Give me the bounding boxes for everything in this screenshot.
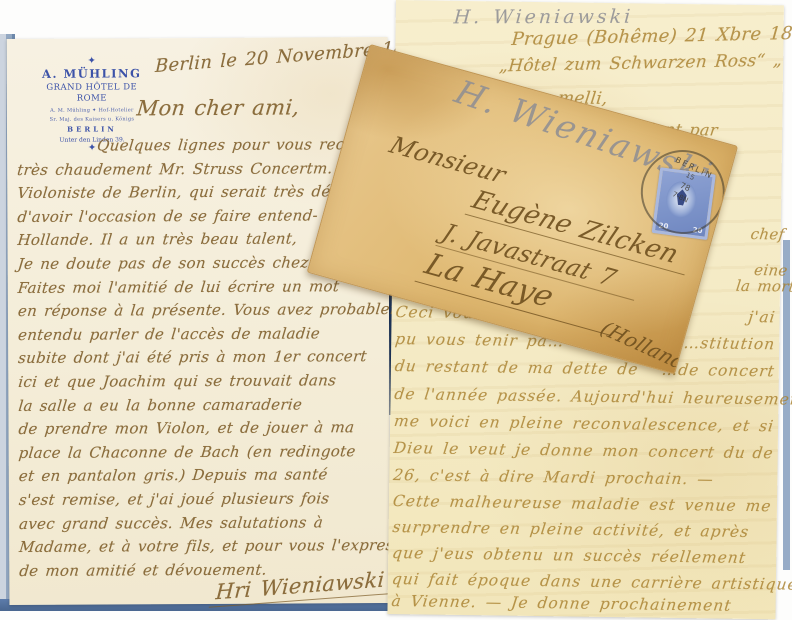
letterhead-proprietor: A. MÜHLING <box>31 66 153 81</box>
letterhead-small-print-1: A. M. Mühling ✦ Hof-Hotelier <box>31 107 153 114</box>
letter-line-left: à Vienne. — Je donne prochainement <box>391 592 733 615</box>
letter-line-left: que j'eus obtenu un succès réellement <box>391 544 747 567</box>
letter-line-left: du restant de ma dette de <box>394 357 640 378</box>
letter-fragment: chef <box>750 225 786 243</box>
letter-fragment: la mort <box>735 277 792 296</box>
letter-line-left: de l'année passée. Aujourd'hui heureusem… <box>393 385 792 409</box>
letter-line: 26, c'est à dire Mardi prochain. — <box>392 466 774 489</box>
letter-line: de l'année passée. Aujourd'hui heureusem… <box>393 385 775 408</box>
letter-line: Madame, et à votre fils, et pour vous l'… <box>18 534 388 560</box>
letter-line: Dieu le veut je donne mon concert du de <box>393 439 775 462</box>
letter-hotel-line: „Hôtel zum Schwarzen Ross“ „ <box>498 50 783 76</box>
photo-of-wieniawski-letters: ✦ A. MÜHLING GRAND HÔTEL DE ROME A. M. M… <box>0 0 792 620</box>
letter-salutation: Mon cher ami, <box>136 95 301 120</box>
letter-line: place la Chaconne de Bach (en redingote <box>18 440 388 466</box>
letter-line: de prendre mon Violon, et de jouer à ma <box>17 416 387 442</box>
letter-line: s'est remise, et j'ai joué plusieurs foi… <box>18 487 388 513</box>
letter-line: du restant de ma dette de …de concert <box>394 357 776 380</box>
letter-line-left: Dieu le veut je donne mon concert du <box>393 439 747 462</box>
letter-line-right: …stitution <box>683 334 776 353</box>
letter-line-right <box>772 471 774 489</box>
letter-line: que j'eus obtenu un succès réellement <box>391 544 773 567</box>
letter-line: subite dont j'ai été pris à mon 1er conc… <box>17 345 387 371</box>
letter-line-left: qui fait époque dans une carrière artist… <box>391 570 792 594</box>
letter-line-right <box>771 549 773 567</box>
letter-line-left: surprendre en pleine activité, et après <box>392 518 751 541</box>
letter-line: surprendre en pleine activité, et après <box>392 518 774 541</box>
letter-line: à Vienne. — Je donne prochainement <box>391 592 773 615</box>
letter-line-right <box>772 523 774 541</box>
letter-line: la salle a eu la bonne camaraderie <box>17 393 387 419</box>
left-letter-berlin-1878: ✦ A. MÜHLING GRAND HÔTEL DE ROME A. M. M… <box>7 37 391 605</box>
letterhead-ornament-icon: ✦ <box>31 56 153 67</box>
letterhead-hotel-name: GRAND HÔTEL DE ROME <box>31 83 153 105</box>
letterhead-small-print-2: Sr. Maj. des Kaisers u. Königs <box>31 116 153 123</box>
letter-line: en réponse à la présente. Vous avez prob… <box>17 298 387 324</box>
letter-line: Cette malheureuse maladie est venue me <box>392 492 774 515</box>
letter-line-left: Cette malheureuse maladie est venue me <box>392 492 773 515</box>
letter-line: ici et que Joachim qui se trouvait dans <box>17 369 387 395</box>
pencil-attribution-note: H. Wieniawski <box>453 6 634 29</box>
letter-line-right: …de concert <box>661 361 776 381</box>
letter-line-left: 26, c'est à dire Mardi prochain. — <box>392 466 715 488</box>
letter-line: entendu parler de l'accès de maladie <box>17 322 387 348</box>
letter-line: avec grand succès. Mes salutations à <box>18 511 388 537</box>
letter-line-left: me voici en pleine reconvalescence, et s… <box>393 412 775 435</box>
letter-line-right: j'ai <box>747 308 776 326</box>
letter-line-right: de <box>752 444 775 462</box>
letter-line: Quelques lignes pour vous recomm- <box>16 133 386 159</box>
letter-line: et en pantalon gris.) Depuis ma santé <box>18 463 388 489</box>
envelope-address-monsieur: Monsieur <box>385 131 510 188</box>
letter-line-right <box>770 597 772 615</box>
letter-line: qui fait époque dans une carrière artist… <box>391 570 773 593</box>
letter-line: me voici en pleine reconvalescence, et s… <box>393 412 775 435</box>
letter-line: très chaudement Mr. Struss Concertm. <box>16 157 386 183</box>
